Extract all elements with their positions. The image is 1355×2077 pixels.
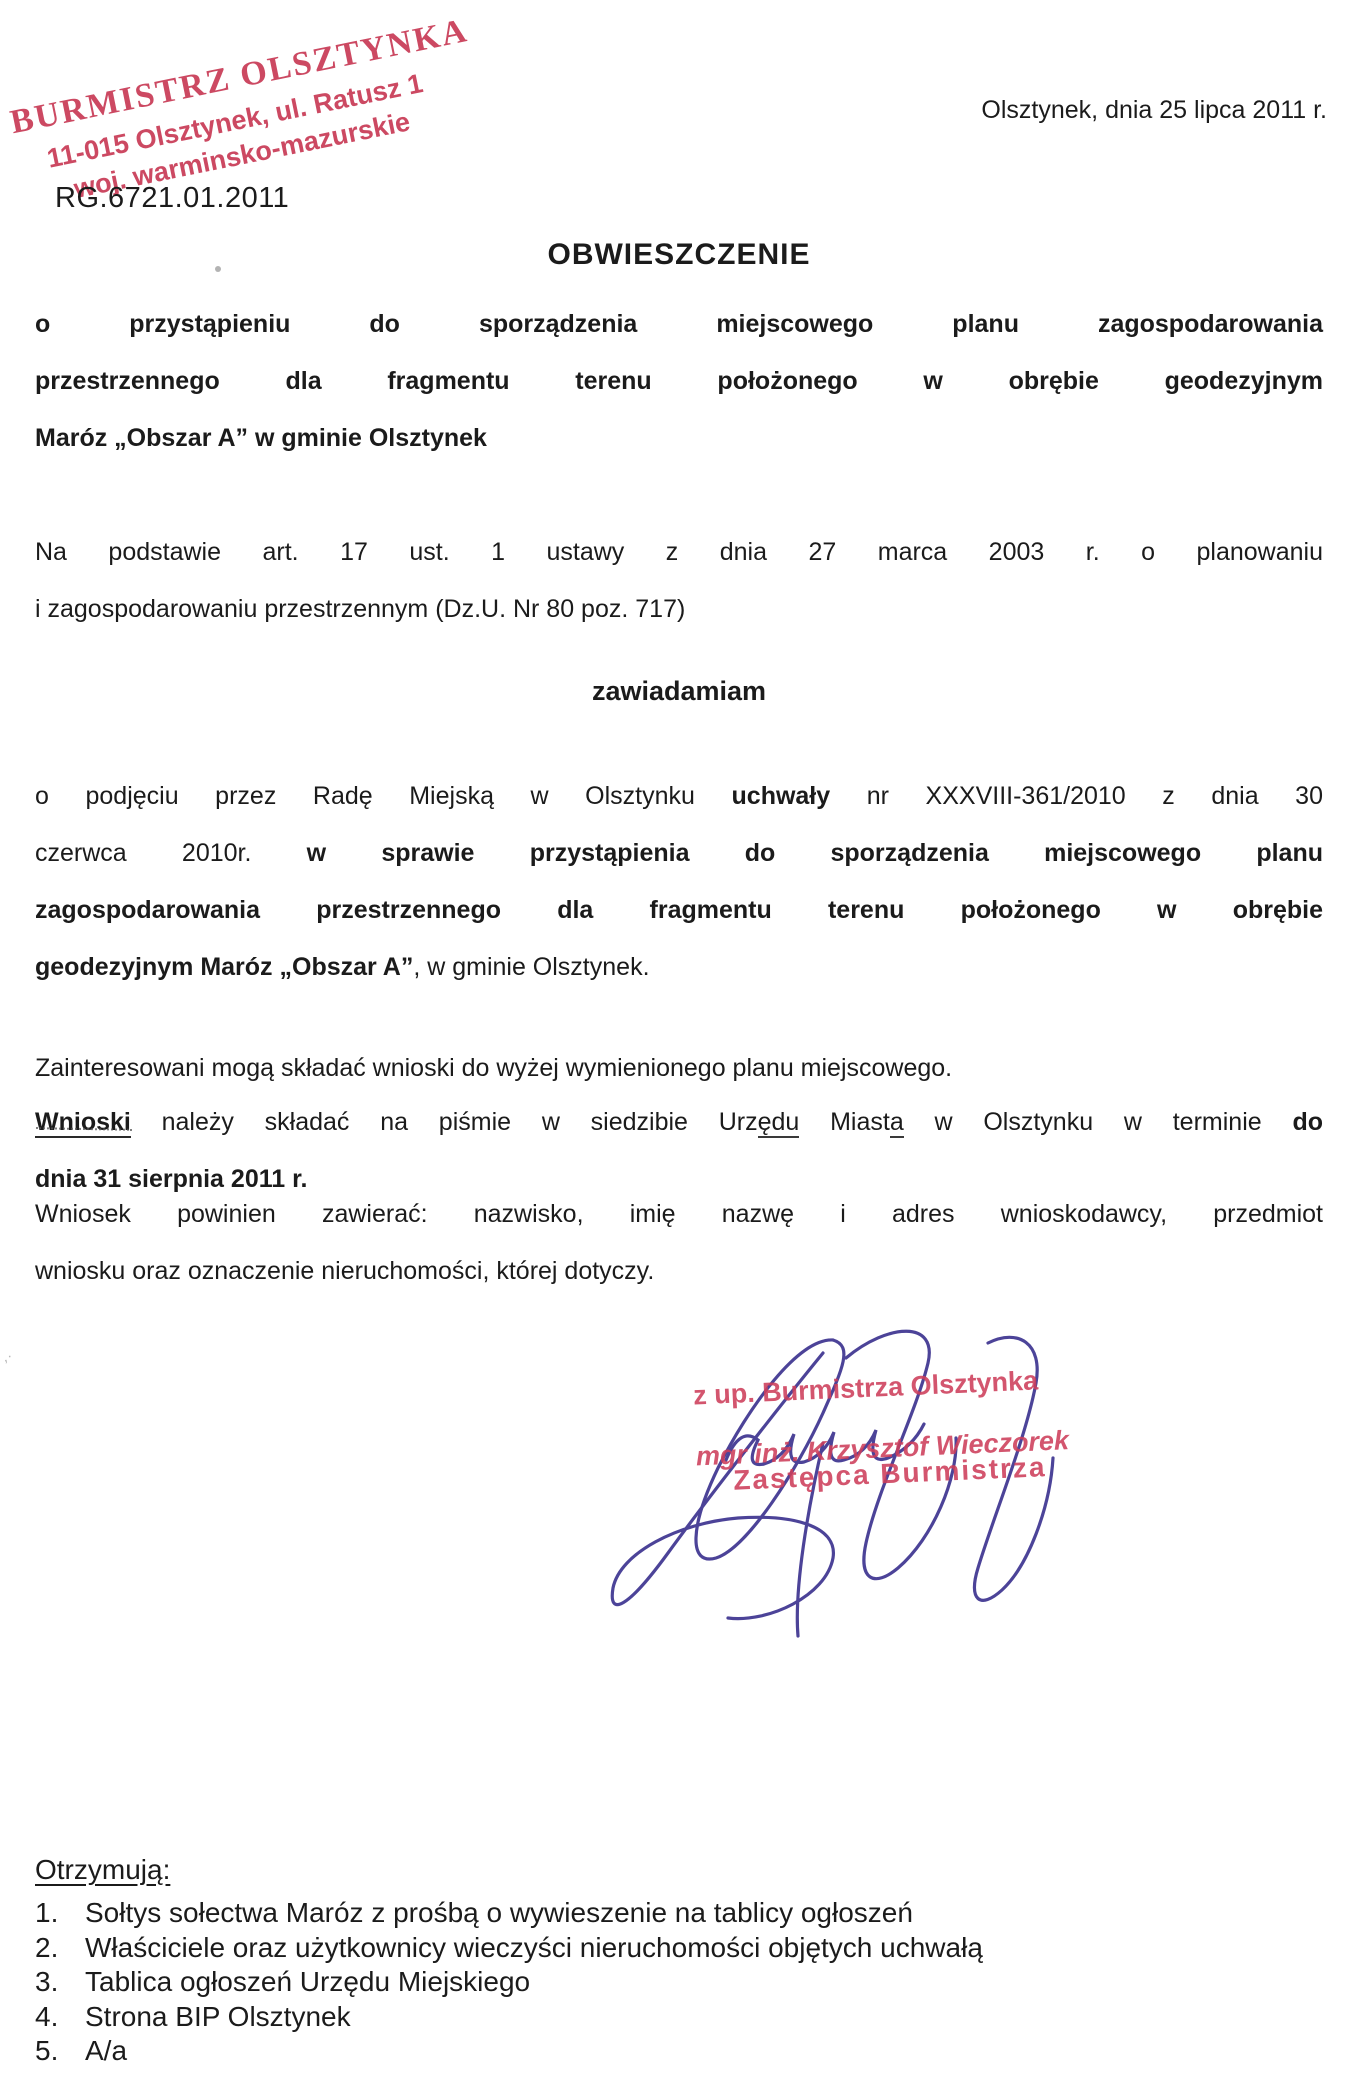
subject-line-3: Maróz „Obszar A” w gminie Olsztynek (35, 410, 1323, 467)
subject-line-2: przestrzennego dla fragmentu terenu poło… (35, 353, 1323, 410)
legal-basis-line-2: i zagospodarowaniu przestrzennym (Dz.U. … (35, 581, 1323, 638)
reference-number: RG.6721.01.2011 (55, 182, 289, 215)
list-item-text: Tablica ogłoszeń Urzędu Miejskiego (85, 1966, 530, 1997)
requirements-line-1: Wniosek powinien zawierać: nazwisko, imi… (35, 1186, 1323, 1243)
resolution-line-1: o podjęciu przez Radę Miejską w Olsztynk… (35, 768, 1323, 825)
resolution-l1-regular: o podjęciu przez Radę Miejską w Olsztynk… (35, 782, 732, 810)
resolution-l2-bold: w sprawie przystąpienia do sporządzenia … (307, 839, 1323, 867)
scan-artifact-dot (215, 266, 221, 272)
submission-seg-c: w Olsztynku w terminie (904, 1108, 1293, 1136)
place-and-date: Olsztynek, dnia 25 lipca 2011 r. (981, 96, 1327, 125)
list-item-text: A/a (85, 2035, 127, 2066)
legal-basis-paragraph: Na podstawie art. 17 ust. 1 ustawy z dni… (35, 524, 1323, 638)
scan-artifact-mark: ,· (1, 1347, 14, 1366)
submission-seg-a: należy składać na piśmie w siedzibie Urz (131, 1108, 758, 1136)
signature-stamp: z up. Burmistrza Olsztynka mgr inż. Krzy… (693, 1364, 1084, 1499)
resolution-line-4: geodezyjnym Maróz „Obszar A”, w gminie O… (35, 939, 1323, 996)
legal-basis-line-1: Na podstawie art. 17 ust. 1 ustawy z dni… (35, 524, 1323, 581)
requirements-line-2: wniosku oraz oznaczenie nieruchomości, k… (35, 1243, 1323, 1300)
resolution-paragraph: o podjęciu przez Radę Miejską w Olsztynk… (35, 768, 1323, 996)
list-item: 4.Strona BIP Olsztynek (35, 2000, 1323, 2035)
submission-line-1: Wnioski należy składać na piśmie w siedz… (35, 1094, 1323, 1151)
document-title: OBWIESZCZENIE (35, 238, 1323, 272)
distribution-list: Otrzymują: 1.Sołtys sołectwa Maróz z pro… (35, 1854, 1323, 2069)
list-item-number: 3. (35, 1965, 85, 2000)
list-item-text: Właściciele oraz użytkownicy wieczyści n… (85, 1932, 983, 1963)
distribution-heading: Otrzymują: (35, 1854, 1323, 1886)
notification-word: zawiadamiam (35, 676, 1323, 707)
submission-do-bold: do (1292, 1108, 1323, 1136)
submission-underline-miasta: a (890, 1108, 904, 1138)
list-item: 5.A/a (35, 2034, 1323, 2069)
submission-underline-urzedu: ędu (758, 1108, 800, 1138)
list-item-number: 2. (35, 1931, 85, 1966)
list-item-text: Sołtys sołectwa Maróz z prośbą o wywiesz… (85, 1897, 913, 1928)
list-item-number: 5. (35, 2034, 85, 2069)
list-item-text: Strona BIP Olsztynek (85, 2001, 351, 2032)
list-item: 3.Tablica ogłoszeń Urzędu Miejskiego (35, 1965, 1323, 2000)
list-item-number: 1. (35, 1896, 85, 1931)
resolution-line-2: czerwca 2010r. w sprawie przystąpienia d… (35, 825, 1323, 882)
requirements-paragraph: Wniosek powinien zawierać: nazwisko, imi… (35, 1186, 1323, 1300)
submission-seg-b: Miast (799, 1108, 890, 1136)
resolution-line-3: zagospodarowania przestrzennego dla frag… (35, 882, 1323, 939)
interested-line: Zainteresowani mogą składać wnioski do w… (35, 1040, 1323, 1097)
resolution-l4-bold: geodezyjnym Maróz „Obszar A” (35, 953, 413, 981)
resolution-l2-regular: czerwca 2010r. (35, 839, 307, 867)
resolution-l1-bold: uchwały (732, 782, 831, 810)
list-item: 1.Sołtys sołectwa Maróz z prośbą o wywie… (35, 1896, 1323, 1931)
interested-paragraph: Zainteresowani mogą składać wnioski do w… (35, 1040, 1323, 1097)
list-item-number: 4. (35, 2000, 85, 2035)
list-item: 2.Właściciele oraz użytkownicy wieczyści… (35, 1931, 1323, 1966)
resolution-l4-regular: , w gminie Olsztynek. (413, 953, 649, 981)
resolution-l1-regular-2: nr XXXVIII-361/2010 z dnia 30 (830, 782, 1323, 810)
subject-line-1: o przystąpieniu do sporządzenia miejscow… (35, 296, 1323, 353)
subject-paragraph: o przystąpieniu do sporządzenia miejscow… (35, 296, 1323, 467)
submission-wnioski-bold-underline: Wnioski (35, 1108, 131, 1138)
